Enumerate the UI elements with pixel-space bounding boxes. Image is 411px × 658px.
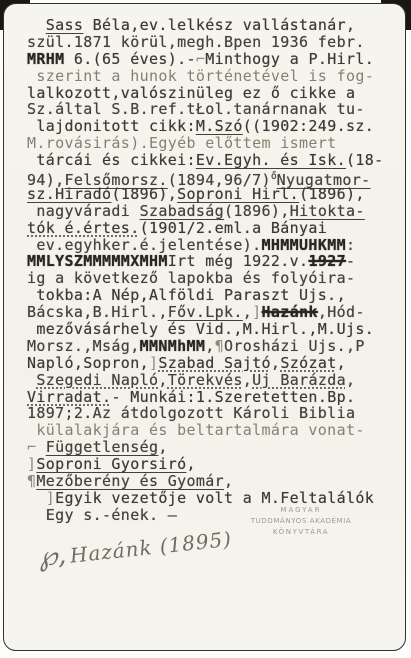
text-line: sz.Hiradó(1896),Soproni Hirl.(1896), bbox=[27, 186, 383, 203]
text-line: tokba:A Nép,Alföldi Paraszt Ujs., bbox=[27, 287, 383, 304]
scanned-card-image: Sass Béla,ev.lelkész vallástanár,szül.18… bbox=[0, 0, 411, 658]
text-line: MMLYSZMMMMMXMHMIrt még 1922.v.1927- bbox=[27, 253, 383, 270]
library-index-card: Sass Béla,ev.lelkész vallástanár,szül.18… bbox=[3, 3, 406, 651]
text-line: ¶Mezőberény és Gyomár, bbox=[27, 473, 383, 490]
text-line: Napló,Sopron,]Szabad Sajtó,Szózat, bbox=[27, 355, 383, 372]
text-line: Morsz.,Mság,MMNMhMM,¶Orosházi Ujs.,P bbox=[27, 338, 383, 355]
handwritten-note: ℘,Hazánk (1895) bbox=[37, 518, 269, 573]
text-line: tárcái és cikkei:Ev.Egyh. és Isk.(18- bbox=[27, 152, 383, 169]
text-line: M.rovásirás).Egyéb előttem ismert bbox=[27, 135, 383, 152]
text-line: Sass Béla,ev.lelkész vallástanár, bbox=[27, 17, 383, 34]
handwritten-mark: ℘, bbox=[37, 539, 68, 573]
typewritten-text-block: Sass Béla,ev.lelkész vallástanár,szül.18… bbox=[27, 17, 383, 524]
text-line: lalkozott,valószinüleg ez ő cikke a bbox=[27, 85, 383, 102]
text-line: Bácska,B.Hirl.,Főv.Lpk.,]Hazánk,Hód- bbox=[27, 304, 383, 321]
text-line: lajdonitott cikk:M.Szó((1902:249.sz. bbox=[27, 118, 383, 135]
text-line: MRHM 6.(65 éves).-⌐Minthogy a P.Hirl. bbox=[27, 51, 383, 68]
text-line: Szegedi Napló,Törekvés,Uj Barázda, bbox=[27, 372, 383, 389]
text-line: ]Soproni Gyorsiró, bbox=[27, 456, 383, 473]
stamp-line: MAGYAR bbox=[232, 505, 370, 516]
text-line: szül.1871 körül,megh.Bpen 1936 febr. bbox=[27, 34, 383, 51]
text-line: Virradat.- Munkái:1.Szeretetten.Bp. bbox=[27, 389, 383, 406]
text-line: 94),Felsőmorsz.(1894,96/7)őNyugatmor- bbox=[27, 169, 383, 186]
text-line: szerint a hunok történetével is fog- bbox=[27, 68, 383, 85]
handwritten-note-text: Hazánk (1895) bbox=[69, 527, 233, 568]
text-line: ig a következő lapokba és folyóira- bbox=[27, 270, 383, 287]
text-line: ev.egyhker.é.jelentése).MHMMUHKMM: bbox=[27, 237, 383, 254]
text-line: ⌐ Függetlenség, bbox=[27, 439, 383, 456]
text-line: nagyváradi Szabadság(1896),Hitokta- bbox=[27, 203, 383, 220]
text-line: külalakjára és beltartalmára vonat- bbox=[27, 422, 383, 439]
text-line: tók é.értes.(1901/2.eml.a Bányai bbox=[27, 220, 383, 237]
text-line: Sz.által S.B.ref.tŁol.tanárnanak tu- bbox=[27, 101, 383, 118]
text-line: mezővásárhely és Vid.,M.Hirl.,M.Ujs. bbox=[27, 321, 383, 338]
text-line: 1897;2.Az átdolgozott Károli Biblia bbox=[27, 405, 383, 422]
